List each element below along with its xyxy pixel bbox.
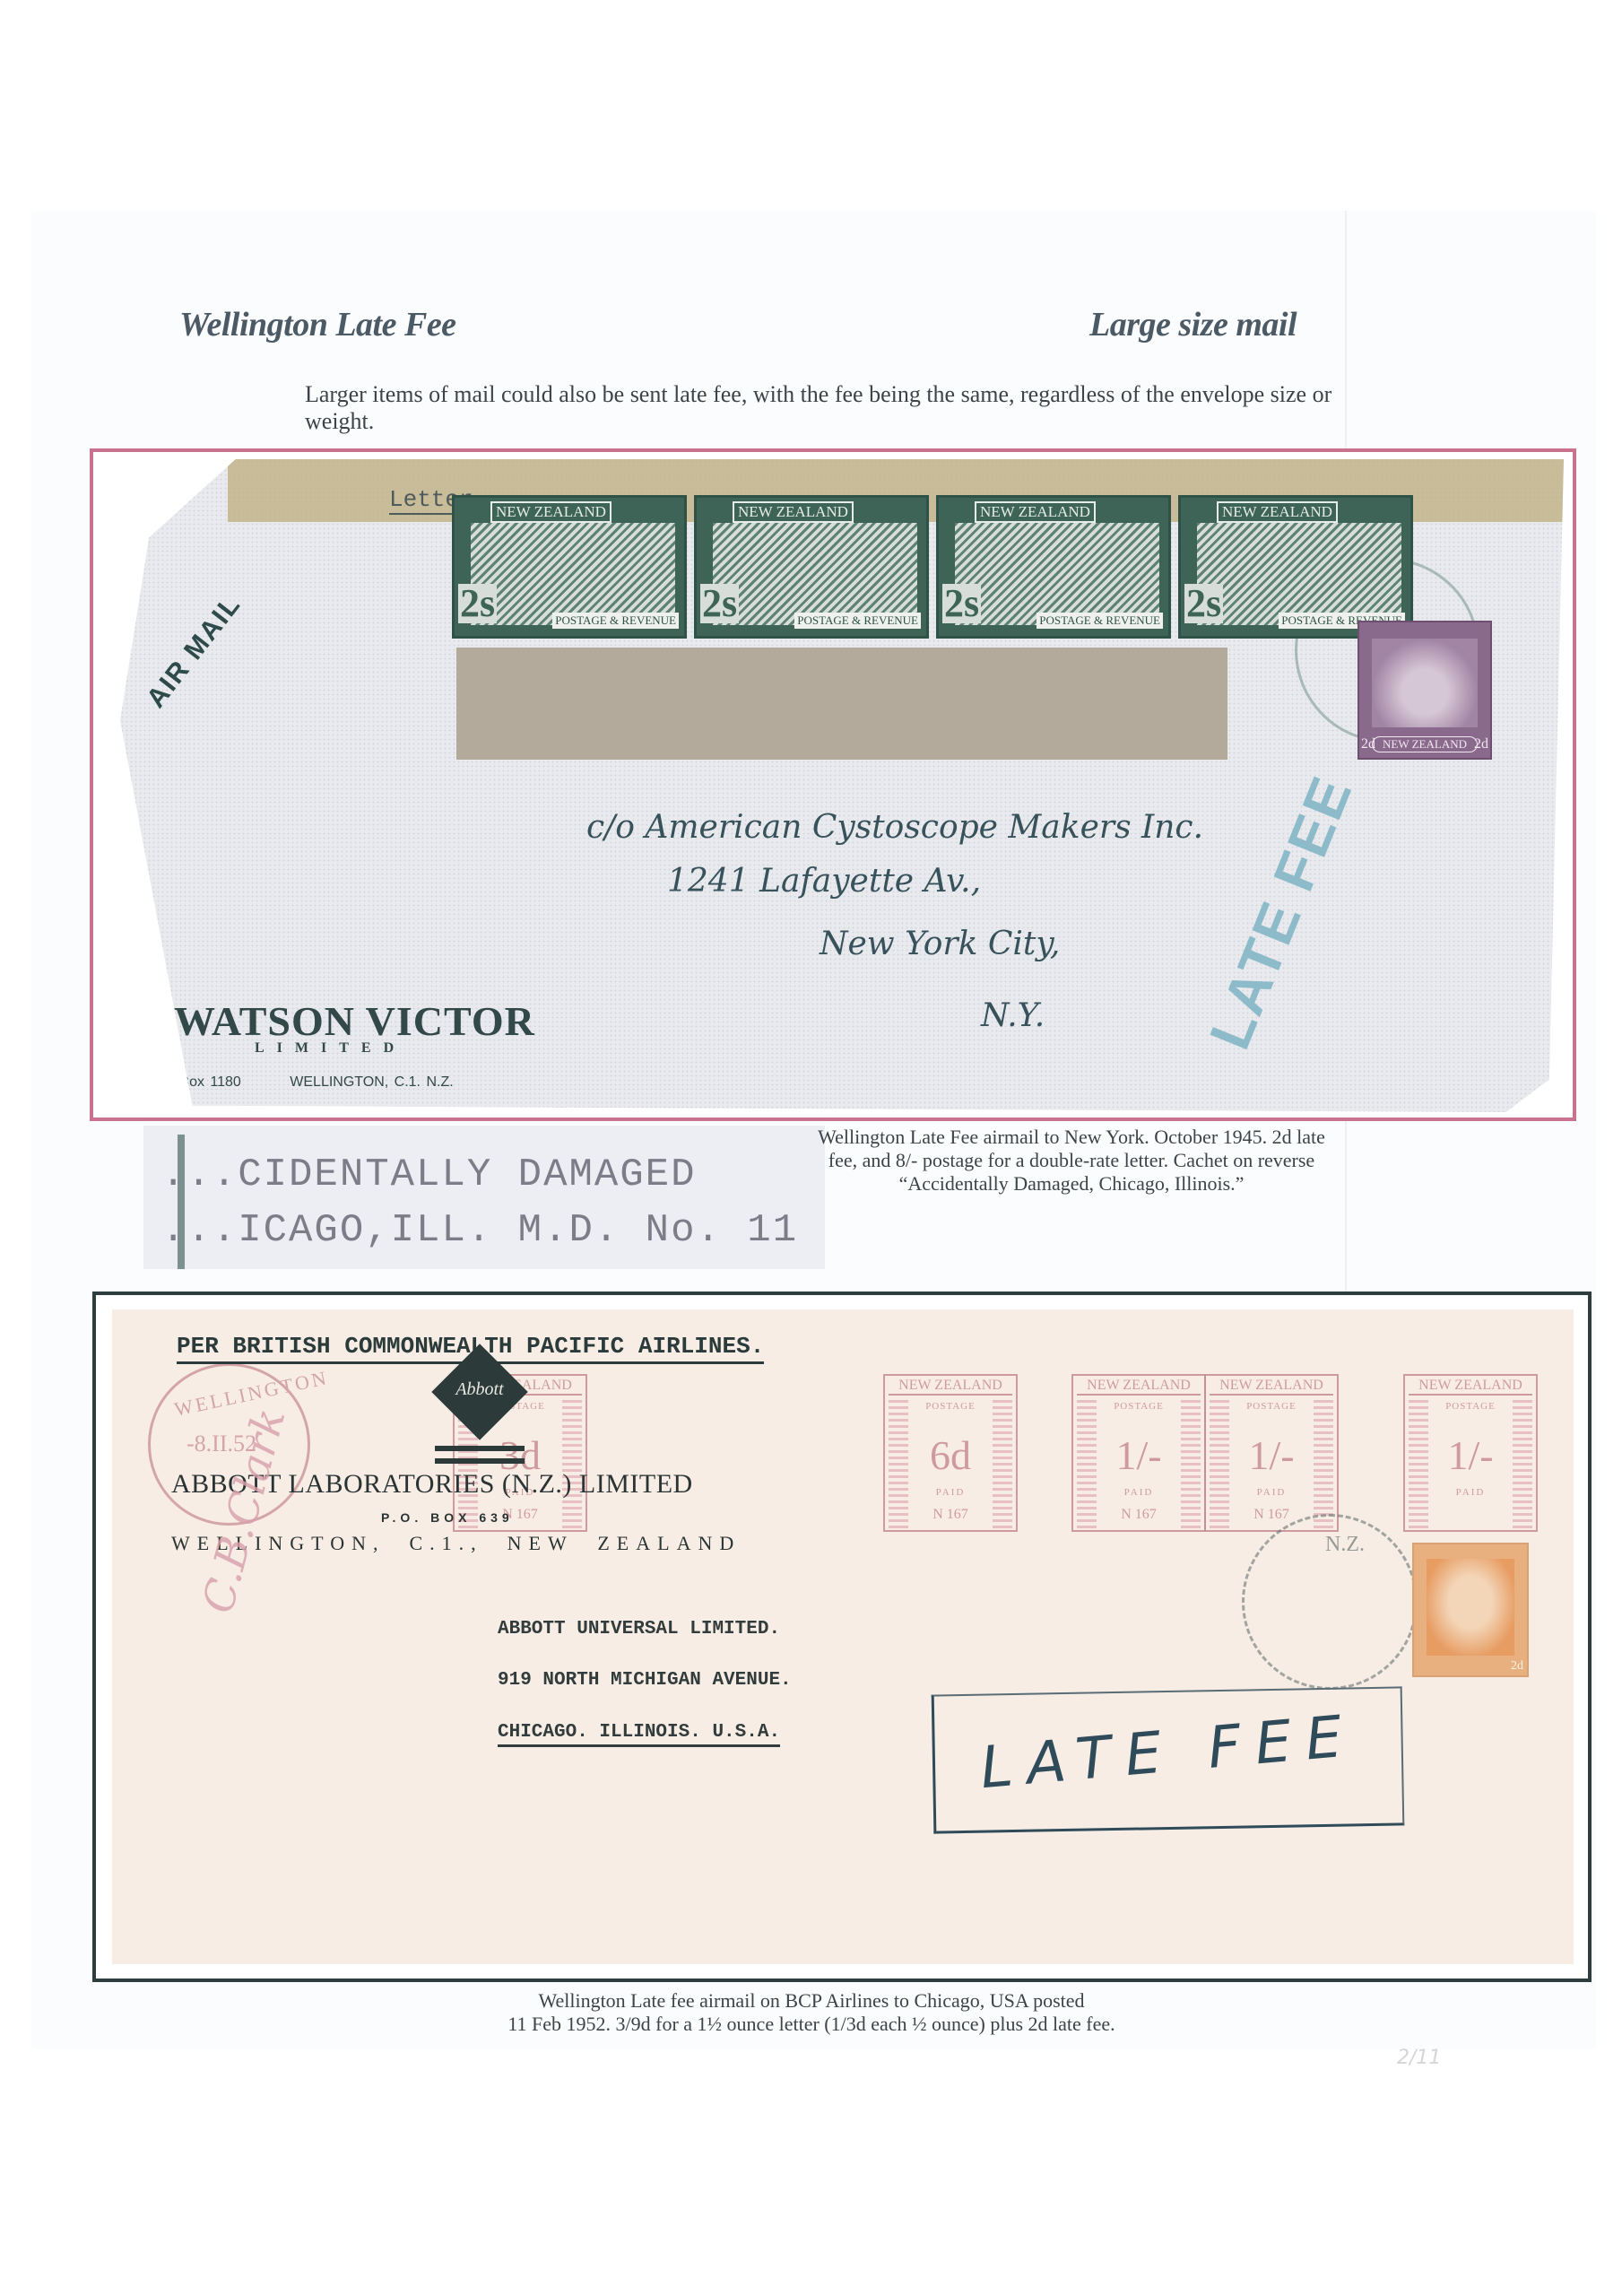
stamp-vignette — [1197, 523, 1401, 625]
meter-label: POSTAGE — [885, 1401, 1016, 1412]
logo-chevron — [435, 1440, 525, 1464]
stamp-2s-1: NEW ZEALAND 2s POSTAGE & REVENUE — [452, 495, 687, 639]
meter-paid: PAID — [1073, 1487, 1204, 1498]
cover-1-envelope: Letter AIR MAIL NEW ZEALAND 2s POSTAGE &… — [120, 459, 1564, 1112]
meter-value: 1/- — [1405, 1431, 1536, 1479]
cover-2-envelope: WELLINGTON -8.II.52 NEW ZEALAND POSTAGE … — [112, 1309, 1574, 1964]
intro-text: Larger items of mail could also be sent … — [305, 381, 1336, 435]
stamp-value: 2s — [458, 584, 497, 623]
stamp-2d-late-fee: 2d 2d NEW ZEALAND — [1357, 621, 1492, 760]
pencil-page-number: 2/11 — [1397, 2047, 1441, 2069]
stamp-vignette — [713, 523, 917, 625]
meter-paid: PAID — [1405, 1487, 1536, 1498]
meter-label: POSTAGE — [1206, 1401, 1337, 1412]
meter-paid: PAID — [885, 1487, 1016, 1498]
logo-text: Abbott — [426, 1379, 533, 1400]
damaged-cachet: ...CIDENTALLY DAMAGED ...ICAGO,ILL. M.D.… — [143, 1126, 825, 1269]
caption-cover-2: Wellington Late fee airmail on BCP Airli… — [269, 1989, 1354, 2036]
meter-number: N 167 — [885, 1507, 1016, 1523]
late-fee-manuscript: LATE FEE — [977, 1703, 1358, 1802]
stamp-2d-late-fee: 2d — [1412, 1543, 1529, 1677]
stamp-vignette — [1372, 639, 1478, 727]
stamp-2s-3: NEW ZEALAND 2s POSTAGE & REVENUE — [936, 495, 1171, 639]
stamp-legend: POSTAGE & REVENUE — [794, 613, 921, 629]
meter-mark-4: NEW ZEALAND POSTAGE 1/- PAID N 167 — [1204, 1374, 1339, 1532]
cover-2-frame: WELLINGTON -8.II.52 NEW ZEALAND POSTAGE … — [92, 1291, 1592, 1982]
caption-cover-1: Wellington Late Fee airmail to New York.… — [811, 1126, 1331, 1196]
stamp-2s-4: NEW ZEALAND 2s POSTAGE & REVENUE — [1178, 495, 1413, 639]
meter-label: POSTAGE — [1405, 1401, 1536, 1412]
redaction-patch — [456, 648, 1227, 760]
late-fee-cachet: LATE FEE — [1196, 767, 1366, 1058]
stamp-value: 2d — [1511, 1659, 1523, 1674]
address-line-4: N.Y. — [981, 997, 1045, 1034]
meter-value: 6d — [885, 1431, 1016, 1479]
receiving-postmark: N.Z. — [1242, 1514, 1418, 1690]
sender-limited: LIMITED — [255, 1040, 406, 1057]
meter-value: 1/- — [1206, 1431, 1337, 1479]
meter-number: N 167 — [1073, 1507, 1204, 1523]
cachet-line-1: ...CIDENTALLY DAMAGED — [161, 1152, 697, 1197]
stamp-vignette — [955, 523, 1159, 625]
address-line-1: c/o American Cystoscope Makers Inc. — [586, 809, 1203, 846]
address-line-1: ABBOTT UNIVERSAL LIMITED. — [498, 1619, 780, 1639]
address-line-2: 919 NORTH MICHIGAN AVENUE. — [498, 1670, 792, 1691]
abbott-logo: Abbott — [426, 1358, 533, 1465]
stamp-legend: POSTAGE & REVENUE — [552, 613, 679, 629]
stamp-legend: POSTAGE & REVENUE — [1037, 613, 1163, 629]
stamp-portrait — [1427, 1559, 1514, 1656]
address-line-3: New York City, — [820, 926, 1060, 962]
stamp-2s-2: NEW ZEALAND 2s POSTAGE & REVENUE — [694, 495, 929, 639]
stamp-country: NEW ZEALAND — [490, 501, 612, 523]
stamp-country: NEW ZEALAND — [733, 501, 854, 523]
meter-mark-3: NEW ZEALAND POSTAGE 1/- PAID N 167 — [1071, 1374, 1206, 1532]
stamp-value: 2s — [700, 584, 739, 623]
meter-country: NEW ZEALAND — [889, 1378, 1012, 1396]
stamp-value: 2s — [1184, 584, 1223, 623]
meter-label: POSTAGE — [1073, 1401, 1204, 1412]
meter-value: 1/- — [1073, 1431, 1204, 1479]
meter-paid: PAID — [1206, 1487, 1337, 1498]
stamp-vignette — [471, 523, 675, 625]
meter-country: NEW ZEALAND — [1077, 1378, 1201, 1396]
address-line-2: 1241 Lafayette Av., — [667, 863, 981, 900]
cachet-line-2: ...ICAGO,ILL. M.D. No. 11 — [161, 1208, 798, 1253]
meter-country: NEW ZEALAND — [1210, 1378, 1333, 1396]
stamp-value: 2s — [942, 584, 981, 623]
stamp-country: NEW ZEALAND — [1217, 501, 1338, 523]
meter-mark-2: NEW ZEALAND POSTAGE 6d PAID N 167 — [883, 1374, 1018, 1532]
sender-po-box: P.O. Box 1180 — [147, 1074, 241, 1090]
stamp-country: NEW ZEALAND — [1372, 736, 1478, 752]
page-title: Wellington Late Fee — [179, 305, 456, 344]
caption-2-line-2: 11 Feb 1952. 3/9d for a 1½ ounce letter … — [269, 2013, 1354, 2036]
meter-country: NEW ZEALAND — [1409, 1378, 1532, 1396]
sender-name: WATSON VICTOR — [174, 997, 535, 1045]
cover-1-frame: Letter AIR MAIL NEW ZEALAND 2s POSTAGE &… — [90, 448, 1576, 1121]
sender-po-box: P.O. BOX 639 — [381, 1510, 514, 1525]
late-fee-manuscript-box: LATE FEE — [932, 1686, 1405, 1833]
stamp-country: NEW ZEALAND — [975, 501, 1096, 523]
airmail-label: AIR MAIL — [141, 589, 247, 714]
sender-city: WELLINGTON, C.1. N.Z. — [290, 1074, 453, 1090]
page-subtitle: Large size mail — [1089, 305, 1297, 344]
sender-address: P.O. Box 1180 WELLINGTON, C.1. N.Z. — [147, 1074, 497, 1091]
address-line-3: CHICAGO. ILLINOIS. U.S.A. — [498, 1722, 780, 1747]
caption-2-line-1: Wellington Late fee airmail on BCP Airli… — [269, 1989, 1354, 2013]
postmark-text: N.Z. — [1325, 1533, 1365, 1557]
meter-mark-5: NEW ZEALAND POSTAGE 1/- PAID — [1403, 1374, 1538, 1532]
